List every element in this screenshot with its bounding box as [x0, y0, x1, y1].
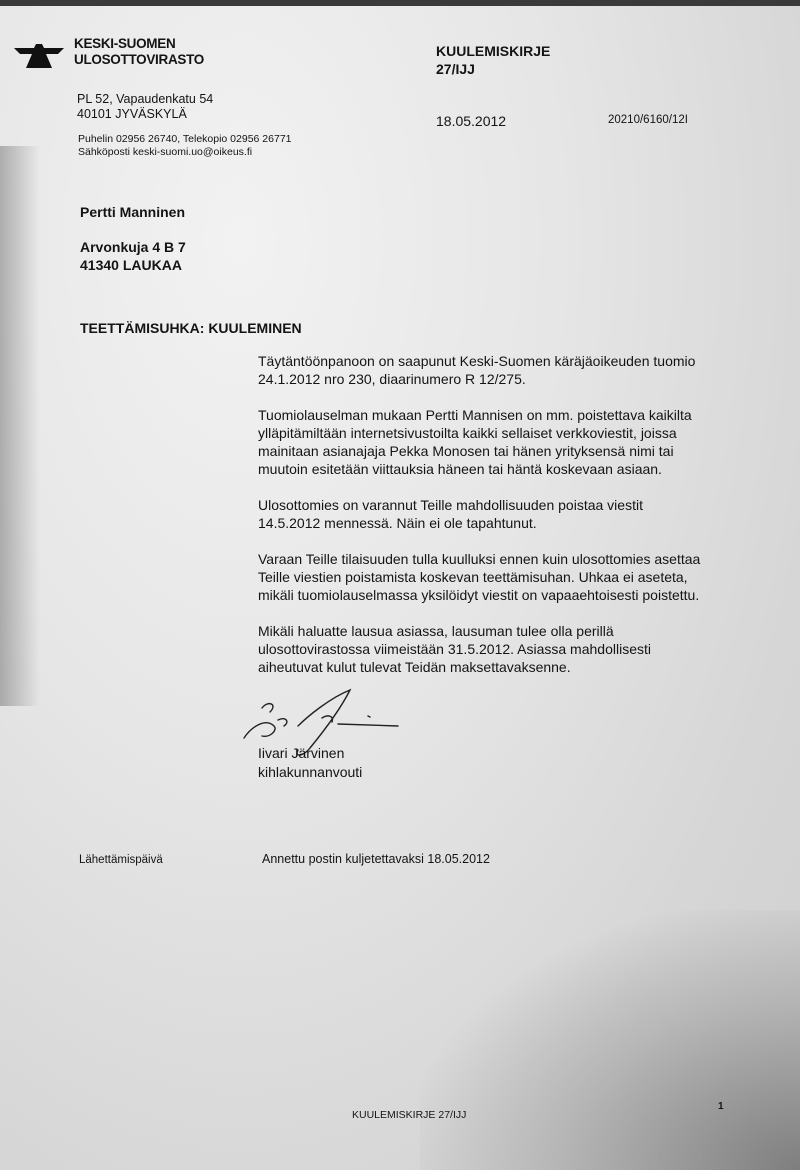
signer-name: Iivari Järvinen — [258, 744, 362, 763]
recipient-postal: 41340 LAUKAA — [80, 256, 186, 274]
dispatch-label: Lähettämispäivä — [79, 854, 163, 866]
document-heading: KUULEMISKIRJE 27/IJJ — [436, 42, 550, 78]
page-shadow-left — [0, 146, 40, 706]
signer-block: Iivari Järvinen kihlakunnanvouti — [258, 744, 362, 782]
sender-city: 40101 JYVÄSKYLÄ — [77, 107, 213, 122]
body-paragraph: Täytäntöönpanoon on saapunut Keski-Suome… — [258, 352, 788, 388]
org-name-line1: KESKI-SUOMEN — [74, 36, 204, 52]
letter-subject: TEETTÄMISUHKA: KUULEMINEN — [80, 320, 302, 336]
letter-body: Täytäntöönpanoon on saapunut Keski-Suome… — [258, 352, 788, 694]
org-name: KESKI-SUOMEN ULOSOTTOVIRASTO — [74, 36, 204, 68]
signer-title: kihlakunnanvouti — [258, 763, 362, 782]
page-footer: KUULEMISKIRJE 27/IJJ — [352, 1109, 466, 1121]
dispatch-value: Annettu postin kuljetettavaksi 18.05.201… — [262, 852, 490, 866]
recipient-block: Pertti Manninen Arvonkuja 4 B 7 41340 LA… — [80, 203, 186, 274]
document-reference: 20210/6160/12I — [608, 114, 688, 126]
sender-phone: Puhelin 02956 26740, Telekopio 02956 267… — [78, 133, 292, 146]
sender-street: PL 52, Vapaudenkatu 54 — [77, 92, 213, 107]
recipient-street: Arvonkuja 4 B 7 — [80, 238, 186, 256]
document-type: KUULEMISKIRJE — [436, 42, 550, 60]
sender-email: Sähköposti keski-suomi.uo@oikeus.fi — [78, 146, 292, 159]
document-number: 27/IJJ — [436, 60, 550, 78]
document-date: 18.05.2012 — [436, 113, 506, 129]
body-paragraph: Varaan Teille tilaisuuden tulla kuulluks… — [258, 550, 788, 604]
page-number: 1 — [718, 1101, 724, 1112]
scales-emblem-icon — [14, 42, 64, 70]
sender-address: PL 52, Vapaudenkatu 54 40101 JYVÄSKYLÄ — [77, 92, 213, 122]
body-paragraph: Ulosottomies on varannut Teille mahdolli… — [258, 496, 788, 532]
body-paragraph: Tuomiolauselman mukaan Pertti Mannisen o… — [258, 406, 788, 478]
body-paragraph: Mikäli haluatte lausua asiassa, lausuman… — [258, 622, 788, 676]
sender-contact: Puhelin 02956 26740, Telekopio 02956 267… — [78, 133, 292, 159]
page-shadow-bottom-right — [420, 910, 800, 1170]
recipient-name: Pertti Manninen — [80, 203, 186, 221]
org-name-line2: ULOSOTTOVIRASTO — [74, 52, 204, 68]
letter-page: KESKI-SUOMEN ULOSOTTOVIRASTO PL 52, Vapa… — [0, 6, 800, 1170]
